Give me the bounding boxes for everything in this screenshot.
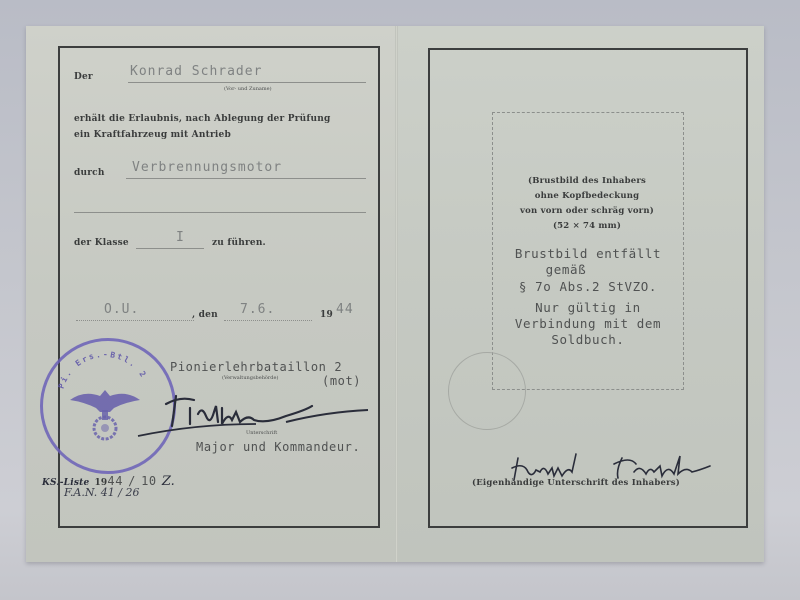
date-value: 7.6. bbox=[240, 302, 275, 317]
left-page: Der Konrad Schrader (Vor- und Zuname) er… bbox=[26, 26, 396, 562]
year-prefix: 19 bbox=[320, 310, 333, 320]
typed-line3: § 7o Abs.2 StVZO. bbox=[488, 278, 688, 296]
date-underline bbox=[224, 320, 312, 321]
name-value: Konrad Schrader bbox=[130, 64, 262, 79]
year-value: 44 bbox=[336, 302, 354, 317]
class-label-suffix: zu führen. bbox=[212, 238, 266, 248]
photo-caption-line3: von vorn oder schräg vorn) bbox=[492, 204, 682, 219]
list-initial: Z. bbox=[162, 474, 175, 489]
photo-caption-line1: (Brustbild des Inhabers bbox=[492, 174, 682, 189]
name-underline bbox=[128, 82, 366, 83]
authority-value-line1: Pionierlehrbataillon 2 bbox=[170, 360, 342, 374]
authority-caption: (Verwaltungsbehörde) bbox=[222, 375, 278, 381]
title-value: Major und Kommandeur. bbox=[196, 440, 360, 454]
handwritten-note: F.A.N. 41 / 26 bbox=[64, 486, 139, 499]
place-underline bbox=[76, 320, 194, 321]
name-label: Der bbox=[74, 72, 93, 82]
typed-line2: gemäß bbox=[488, 262, 688, 278]
drive-value: Verbrennungsmotor bbox=[132, 160, 282, 175]
permission-text-line1: erhält die Erlaubnis, nach Ablegung der … bbox=[74, 114, 330, 124]
typed-line5: Verbindung mit dem bbox=[488, 316, 688, 332]
photo-caption-line4: (52 × 74 mm) bbox=[492, 219, 682, 234]
name-caption: (Vor- und Zuname) bbox=[224, 86, 272, 92]
drive-label: durch bbox=[74, 168, 105, 178]
typed-line1: Brustbild entfällt bbox=[488, 246, 688, 262]
licence-booklet: Der Konrad Schrader (Vor- und Zuname) er… bbox=[26, 26, 764, 562]
photo-caption-line2: ohne Kopfbedeckung bbox=[492, 189, 682, 204]
blank-underline bbox=[74, 212, 366, 213]
drive-underline bbox=[126, 178, 366, 179]
typed-line6: Soldbuch. bbox=[488, 332, 688, 348]
class-value: I bbox=[176, 230, 185, 245]
right-page: (Brustbild des Inhabers ohne Kopfbedecku… bbox=[398, 26, 764, 562]
list-number: 10 bbox=[141, 474, 157, 488]
svg-text:Pi. Ers.-Btl. 2: Pi. Ers.-Btl. 2 bbox=[57, 350, 149, 390]
date-label: , den bbox=[192, 310, 218, 320]
typed-line4: Nur gültig in bbox=[488, 300, 688, 316]
place-value: O.U. bbox=[104, 302, 139, 317]
typed-remark: Brustbild entfällt gemäß § 7o Abs.2 StVZ… bbox=[488, 246, 688, 348]
permission-text-line2: ein Kraftfahrzeug mit Antrieb bbox=[74, 130, 231, 140]
stamp-ring-text: Pi. Ers.-Btl. 2 bbox=[57, 350, 149, 390]
class-underline bbox=[136, 248, 204, 249]
holder-signature-caption: (Eigenhändige Unterschrift des Inhabers) bbox=[472, 478, 680, 488]
signature-caption: Unterschrift bbox=[246, 430, 277, 436]
class-label-prefix: der Klasse bbox=[74, 238, 129, 248]
faint-seal-impression bbox=[448, 352, 526, 430]
photo-caption: (Brustbild des Inhabers ohne Kopfbedecku… bbox=[492, 174, 682, 234]
